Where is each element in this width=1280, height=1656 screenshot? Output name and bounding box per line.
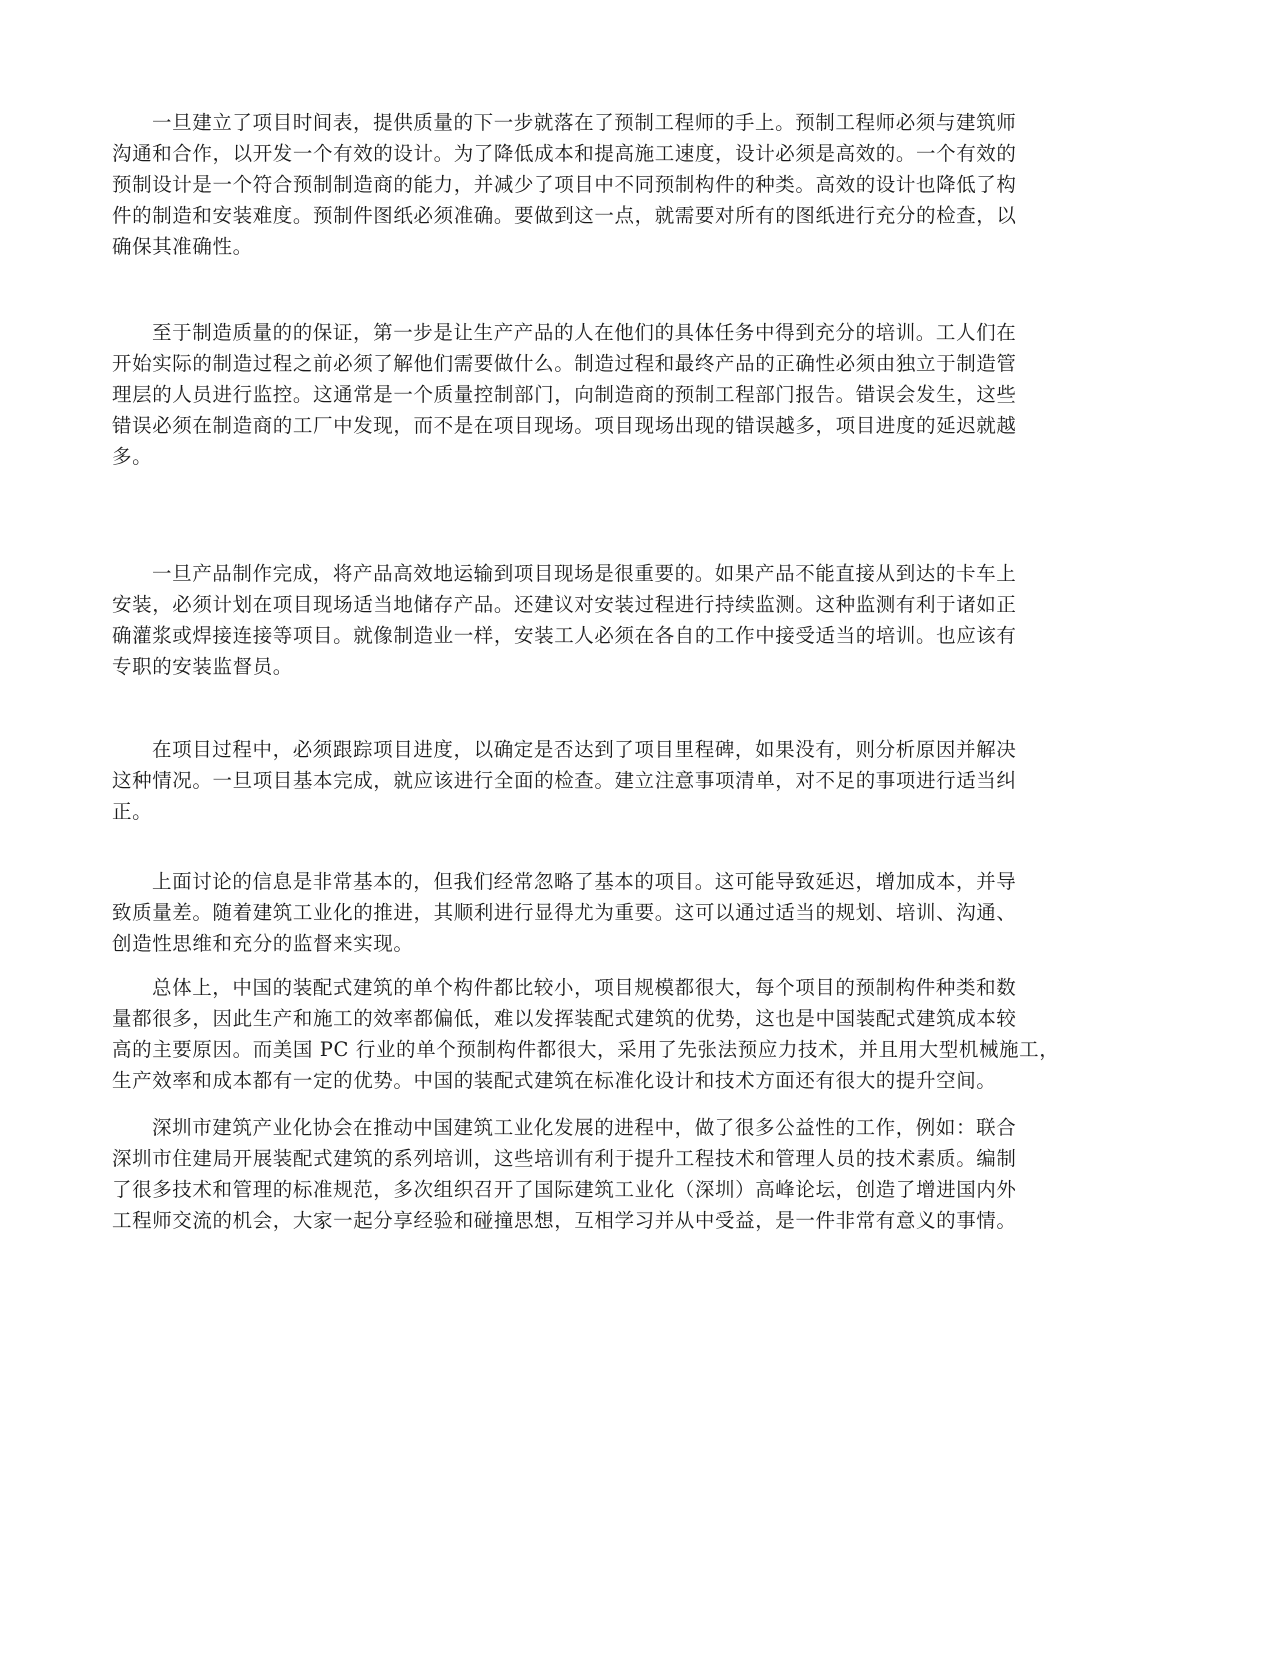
text-line: 量都很多，因此生产和施工的效率都偏低，难以发挥装配式建筑的优势，这也是中国装配式… (112, 1003, 1152, 1034)
document-page: 一旦建立了项目时间表，提供质量的下一步就落在了预制工程师的手上。预制工程师必须与… (0, 0, 1280, 1656)
text-line: 确灌浆或焊接连接等项目。就像制造业一样，安装工人必须在各自的工作中接受适当的培训… (112, 620, 1152, 651)
text-line: 一旦产品制作完成，将产品高效地运输到项目现场是很重要的。如果产品不能直接从到达的… (112, 558, 1152, 589)
paragraph-manufacturing-quality: 至于制造质量的的保证，第一步是让生产产品的人在他们的具体任务中得到充分的培训。工… (112, 317, 1152, 472)
paragraph-transport-installation: 一旦产品制作完成，将产品高效地运输到项目现场是很重要的。如果产品不能直接从到达的… (112, 558, 1152, 682)
paragraph-basic-info: 上面讨论的信息是非常基本的，但我们经常忽略了基本的项目。这可能导致延迟，增加成本… (112, 866, 1152, 959)
paragraph-shenzhen-association: 深圳市建筑产业化协会在推动中国建筑工业化发展的进程中，做了很多公益性的工作，例如… (112, 1112, 1152, 1236)
text-line: 上面讨论的信息是非常基本的，但我们经常忽略了基本的项目。这可能导致延迟，增加成本… (112, 866, 1152, 897)
text-line: 专职的安装监督员。 (112, 651, 1152, 682)
paragraph-progress-tracking: 在项目过程中，必须跟踪项目进度，以确定是否达到了项目里程碑，如果没有，则分析原因… (112, 734, 1152, 827)
text-line: 高的主要原因。而美国 PC 行业的单个预制构件都很大，采用了先张法预应力技术，并… (112, 1034, 1152, 1065)
text-line: 深圳市住建局开展装配式建筑的系列培训，这些培训有利于提升工程技术和管理人员的技术… (112, 1143, 1152, 1174)
text-line: 创造性思维和充分的监督来实现。 (112, 928, 1152, 959)
text-line: 理层的人员进行监控。这通常是一个质量控制部门，向制造商的预制工程部门报告。错误会… (112, 379, 1152, 410)
text-line: 了很多技术和管理的标准规范，多次组织召开了国际建筑工业化（深圳）高峰论坛，创造了… (112, 1174, 1152, 1205)
text-line: 致质量差。随着建筑工业化的推进，其顺利进行显得尤为重要。这可以通过适当的规划、培… (112, 897, 1152, 928)
text-line: 确保其准确性。 (112, 231, 1152, 262)
text-line: 这种情况。一旦项目基本完成，就应该进行全面的检查。建立注意事项清单，对不足的事项… (112, 765, 1152, 796)
text-line: 件的制造和安装难度。预制件图纸必须准确。要做到这一点，就需要对所有的图纸进行充分… (112, 200, 1152, 231)
text-line: 工程师交流的机会，大家一起分享经验和碰撞思想，互相学习并从中受益，是一件非常有意… (112, 1205, 1152, 1236)
text-line: 至于制造质量的的保证，第一步是让生产产品的人在他们的具体任务中得到充分的培训。工… (112, 317, 1152, 348)
text-line: 总体上，中国的装配式建筑的单个构件都比较小，项目规模都很大，每个项目的预制构件种… (112, 972, 1152, 1003)
text-line: 多。 (112, 441, 1152, 472)
text-line: 预制设计是一个符合预制制造商的能力，并减少了项目中不同预制构件的种类。高效的设计… (112, 169, 1152, 200)
paragraph-china-vs-us: 总体上，中国的装配式建筑的单个构件都比较小，项目规模都很大，每个项目的预制构件种… (112, 972, 1152, 1096)
text-line: 一旦建立了项目时间表，提供质量的下一步就落在了预制工程师的手上。预制工程师必须与… (112, 107, 1152, 138)
paragraph-prefab-design: 一旦建立了项目时间表，提供质量的下一步就落在了预制工程师的手上。预制工程师必须与… (112, 107, 1152, 262)
text-line: 沟通和合作，以开发一个有效的设计。为了降低成本和提高施工速度，设计必须是高效的。… (112, 138, 1152, 169)
text-line: 错误必须在制造商的工厂中发现，而不是在项目现场。项目现场出现的错误越多，项目进度… (112, 410, 1152, 441)
text-line: 深圳市建筑产业化协会在推动中国建筑工业化发展的进程中，做了很多公益性的工作，例如… (112, 1112, 1152, 1143)
text-line: 正。 (112, 796, 1152, 827)
text-line: 在项目过程中，必须跟踪项目进度，以确定是否达到了项目里程碑，如果没有，则分析原因… (112, 734, 1152, 765)
text-line: 安装，必须计划在项目现场适当地储存产品。还建议对安装过程进行持续监测。这种监测有… (112, 589, 1152, 620)
text-line: 生产效率和成本都有一定的优势。中国的装配式建筑在标准化设计和技术方面还有很大的提… (112, 1065, 1152, 1096)
text-line: 开始实际的制造过程之前必须了解他们需要做什么。制造过程和最终产品的正确性必须由独… (112, 348, 1152, 379)
